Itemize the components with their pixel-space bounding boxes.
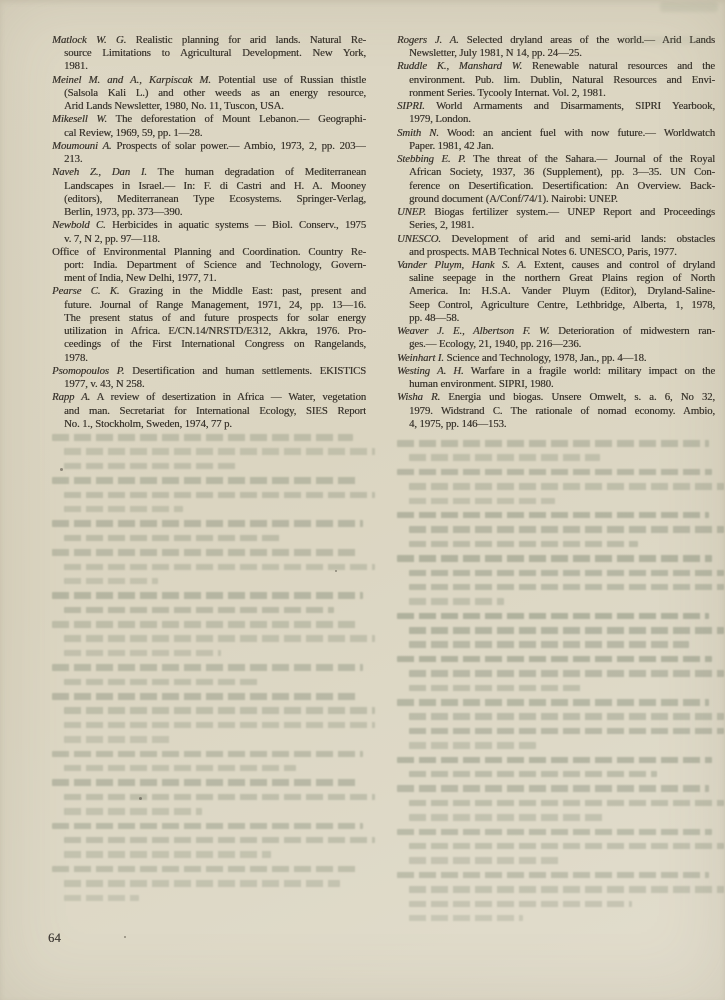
entry-author: Naveh Z., Dan I. xyxy=(52,166,147,178)
bleed-through-line xyxy=(409,598,504,605)
entry-line: SIPRI. World Armaments and Disarmaments,… xyxy=(397,100,715,113)
entry-line: Office of Environmental Planning and Coo… xyxy=(52,246,366,259)
bleed-through-line xyxy=(64,722,375,729)
bleed-through-line xyxy=(409,685,581,692)
entry-line: 1979, London. xyxy=(397,113,715,126)
entry-author: Wisha R. xyxy=(397,391,440,403)
entry-line: Wisha R. Energia und biogas. Unsere Omwe… xyxy=(397,391,715,404)
entry-line: African Society, 1937, 36 (Supplement), … xyxy=(397,166,715,179)
page-number: 64 xyxy=(48,931,61,946)
entry-author: UNEP. xyxy=(397,206,426,218)
entry-line: ceedings of the First International Cong… xyxy=(52,338,366,351)
bleed-through-line xyxy=(409,800,724,807)
entry-line: saline seepage in the northern Great Pla… xyxy=(397,272,715,285)
entry-line: Stebbing E. P. The threat of the Sahara.… xyxy=(397,153,715,166)
bleed-through-line xyxy=(397,785,709,792)
bibliography-column-left: Matlock W. G. Realistic planning for ari… xyxy=(52,34,366,431)
ink-speck xyxy=(60,468,63,471)
bleed-through-line xyxy=(397,656,712,663)
entry-line: The present status of and future prospec… xyxy=(52,312,366,325)
bibliography-entry: Office of Environmental Planning and Coo… xyxy=(52,246,366,286)
entry-author: Moumouni A. xyxy=(52,140,112,152)
bleed-through-line xyxy=(409,483,724,490)
entry-line: 1981. xyxy=(52,60,366,73)
bleed-through-text-left xyxy=(52,434,366,909)
bleed-through-line xyxy=(52,751,363,758)
bleed-through-line xyxy=(409,886,724,893)
bleed-through-line xyxy=(64,635,375,642)
bleed-through-line xyxy=(52,866,360,873)
bleed-through-line xyxy=(52,520,363,527)
entry-line: and prospects. MAB Technical Notes 6. UN… xyxy=(397,246,715,259)
bleed-through-line xyxy=(397,555,712,562)
bibliography-entry: Psomopoulos P. Desertification and human… xyxy=(52,365,366,391)
bleed-through-line xyxy=(397,613,709,620)
bleed-through-line xyxy=(64,808,202,815)
bleed-through-line xyxy=(397,699,709,706)
bleed-through-line xyxy=(409,814,606,821)
entry-author: Rapp A. xyxy=(52,391,90,403)
entry-line: 1979. Widstrand C. The rationale of noma… xyxy=(397,405,715,418)
bleed-through-line xyxy=(52,434,353,441)
bleed-through-text-right xyxy=(397,440,715,929)
scan-smudge xyxy=(660,2,718,12)
bibliography-entry: Stebbing E. P. The threat of the Sahara.… xyxy=(397,153,715,206)
entry-line: ference on Desertification. Desertificat… xyxy=(397,180,715,193)
entry-line: Weaver J. E., Albertson F. W. Deteriorat… xyxy=(397,325,715,338)
bibliography-entry: Matlock W. G. Realistic planning for ari… xyxy=(52,34,366,74)
bleed-through-line xyxy=(64,851,271,858)
bleed-through-line xyxy=(409,526,724,533)
entry-author: Matlock W. G. xyxy=(52,34,126,46)
bleed-through-line xyxy=(52,621,360,628)
bleed-through-line xyxy=(409,713,724,720)
bibliography-entry: Meinel M. and A., Karpiscak M. Potential… xyxy=(52,74,366,114)
bleed-through-line xyxy=(409,728,724,735)
entry-line: Smith N. Wood: an ancient fuel with now … xyxy=(397,127,715,140)
bleed-through-line xyxy=(409,584,724,591)
bleed-through-line xyxy=(64,564,375,571)
bleed-through-line xyxy=(64,463,240,470)
entry-author: Rogers J. A. xyxy=(397,34,459,46)
entry-line: America. In: H.S.A. Vander Pluym (Editor… xyxy=(397,285,715,298)
bibliography-entry: Weinhart I. Science and Technology, 1978… xyxy=(397,352,715,365)
bleed-through-line xyxy=(397,872,709,879)
entry-line: Matlock W. G. Realistic planning for ari… xyxy=(52,34,366,47)
bleed-through-line xyxy=(409,627,724,634)
bibliography-entry: SIPRI. World Armaments and Disarmaments,… xyxy=(397,100,715,126)
bibliography-entry: Weaver J. E., Albertson F. W. Deteriorat… xyxy=(397,325,715,351)
ink-speck xyxy=(335,570,337,572)
entry-line: human environment. SIPRI, 1980. xyxy=(397,378,715,391)
entry-author: Smith N. xyxy=(397,127,439,139)
bleed-through-line xyxy=(64,794,375,801)
entry-line: Landscapes in Israel.— In: F. di Castri … xyxy=(52,180,366,193)
entry-line: Weinhart I. Science and Technology, 1978… xyxy=(397,352,715,365)
entry-line: Vander Pluym, Hank S. A. Extent, causes … xyxy=(397,259,715,272)
bleed-through-line xyxy=(64,837,375,844)
bleed-through-line xyxy=(409,742,536,749)
bibliography-entry: Westing A. H. Warfare in a fragile world… xyxy=(397,365,715,391)
bleed-through-line xyxy=(409,915,523,922)
scan-smudge xyxy=(622,36,708,45)
entry-author: Vander Pluym, Hank S. A. xyxy=(397,259,526,271)
entry-line: 4, 1975, pp. 146—153. xyxy=(397,418,715,431)
entry-line: pp. 48—58. xyxy=(397,312,715,325)
bibliography-entry: Naveh Z., Dan I. The human degradation o… xyxy=(52,166,366,219)
bleed-through-line xyxy=(64,736,171,743)
entry-line: port: India. Department of Science and T… xyxy=(52,259,366,272)
entry-line: Moumouni A. Prospects of solar power.— A… xyxy=(52,140,366,153)
entry-line: environment. Pub. lim. Dublin, Natural R… xyxy=(397,74,715,87)
entry-line: 1977, v. 43, N 258. xyxy=(52,378,366,391)
entry-line: Berlin, 1973, pp. 373—390. xyxy=(52,206,366,219)
entry-line: and man. Secretariat for International E… xyxy=(52,405,366,418)
entry-line: utilization in Africa. E/CN.14/NRSTD/E31… xyxy=(52,325,366,338)
entry-line: Pearse C. K. Grazing in the Middle East:… xyxy=(52,285,366,298)
bleed-through-line xyxy=(409,454,600,461)
bibliography-entry: Smith N. Wood: an ancient fuel with now … xyxy=(397,127,715,153)
bibliography-entry: Rapp A. A review of desertization in Afr… xyxy=(52,391,366,431)
bleed-through-line xyxy=(52,693,360,700)
entry-line: Rapp A. A review of desertization in Afr… xyxy=(52,391,366,404)
bleed-through-line xyxy=(409,541,638,548)
entry-line: source Limitations to Agricultural Devel… xyxy=(52,47,366,60)
bleed-through-line xyxy=(64,448,375,455)
entry-author: Ruddle K., Manshard W. xyxy=(397,60,522,72)
entry-line: future. Journal of Range Management, 197… xyxy=(52,299,366,312)
bleed-through-line xyxy=(64,895,139,902)
entry-line: ment of India, New Delhi, 1977, 71. xyxy=(52,272,366,285)
entry-line: Paper. 1981, 42 Jan. xyxy=(397,140,715,153)
entry-line: 213. xyxy=(52,153,366,166)
entry-line: UNEP. Biogas fertilizer system.— UNEP Re… xyxy=(397,206,715,219)
bleed-through-line xyxy=(409,641,689,648)
entry-author: Weinhart I. xyxy=(397,352,444,364)
entry-line: (editors), Mediterranean Type Ecosystems… xyxy=(52,193,366,206)
bleed-through-line xyxy=(409,498,555,505)
entry-author: Westing A. H. xyxy=(397,365,464,377)
entry-line: Seep Control, Agriculture Centre, Lethbr… xyxy=(397,299,715,312)
bleed-through-line xyxy=(409,670,724,677)
bleed-through-line xyxy=(397,469,712,476)
bleed-through-line xyxy=(64,578,158,585)
bibliography-column-right: Rogers J. A. Selected dryland areas of t… xyxy=(397,34,715,431)
bleed-through-line xyxy=(52,664,363,671)
entry-line: ronment Series. Tycooly Internat. Vol. 2… xyxy=(397,87,715,100)
entry-line: cal Review, 1969, 59, pp. 1—28. xyxy=(52,127,366,140)
entry-line: ges.— Ecology, 21, 1940, pp. 216—236. xyxy=(397,338,715,351)
entry-line: Series, 2, 1981. xyxy=(397,219,715,232)
bleed-through-line xyxy=(64,679,259,686)
bibliography-entry: UNEP. Biogas fertilizer system.— UNEP Re… xyxy=(397,206,715,232)
entry-author: SIPRI. xyxy=(397,100,425,112)
entry-line: Meinel M. and A., Karpiscak M. Potential… xyxy=(52,74,366,87)
bleed-through-line xyxy=(397,757,712,764)
entry-line: Naveh Z., Dan I. The human degradation o… xyxy=(52,166,366,179)
bleed-through-line xyxy=(64,535,284,542)
bleed-through-line xyxy=(52,823,363,830)
bleed-through-line xyxy=(64,492,375,499)
entry-line: UNESCO. Development of arid and semi-ari… xyxy=(397,233,715,246)
entry-line: Psomopoulos P. Desertification and human… xyxy=(52,365,366,378)
bleed-through-line xyxy=(409,843,724,850)
entry-author: UNESCO. xyxy=(397,233,441,245)
bleed-through-line xyxy=(397,829,712,836)
bleed-through-line xyxy=(64,650,221,657)
entry-line: (Salsola Kali L.) and other weeds as an … xyxy=(52,87,366,100)
entry-author: Psomopoulos P. xyxy=(52,365,124,377)
entry-line: Arid Lands Newsletter, 1980, No. 11, Tus… xyxy=(52,100,366,113)
bibliography-entry: Mikesell W. The deforestation of Mount L… xyxy=(52,113,366,139)
bibliography-entry: Moumouni A. Prospects of solar power.— A… xyxy=(52,140,366,166)
entry-author: Mikesell W. xyxy=(52,113,107,125)
bleed-through-line xyxy=(409,857,562,864)
entry-line: ground document (A/Conf/74/1). Nairobi: … xyxy=(397,193,715,206)
entry-line: 1978. xyxy=(52,352,366,365)
ink-speck xyxy=(139,797,142,800)
bibliography-entry: Newbold C. Herbicides in aquatic systems… xyxy=(52,219,366,245)
bibliography-entry: Pearse C. K. Grazing in the Middle East:… xyxy=(52,285,366,364)
bleed-through-line xyxy=(409,901,632,908)
ink-speck xyxy=(124,936,126,938)
entry-line: Ruddle K., Manshard W. Renewable natural… xyxy=(397,60,715,73)
bleed-through-line xyxy=(52,477,360,484)
bleed-through-line xyxy=(52,592,363,599)
entry-line: v. 7, N 2, pp. 97—118. xyxy=(52,233,366,246)
entry-line: Newbold C. Herbicides in aquatic systems… xyxy=(52,219,366,232)
entry-author: Weaver J. E., Albertson F. W. xyxy=(397,325,549,337)
entry-author: Newbold C. xyxy=(52,219,106,231)
bleed-through-line xyxy=(64,707,375,714)
bleed-through-line xyxy=(409,570,724,577)
bibliography-entry: UNESCO. Development of arid and semi-ari… xyxy=(397,233,715,259)
entry-author: Pearse C. K. xyxy=(52,285,119,297)
bibliography-entry: Vander Pluym, Hank S. A. Extent, causes … xyxy=(397,259,715,325)
bleed-through-line xyxy=(52,779,360,786)
bleed-through-line xyxy=(52,549,360,556)
bleed-through-line xyxy=(64,765,296,772)
bleed-through-line xyxy=(64,880,340,887)
scanned-bibliography-page: Matlock W. G. Realistic planning for ari… xyxy=(0,0,725,1000)
bleed-through-line xyxy=(64,607,334,614)
bleed-through-line xyxy=(409,771,657,778)
entry-line: No. 1., Stockholm, Sweden, 1974, 77 p. xyxy=(52,418,366,431)
bibliography-entry: Ruddle K., Manshard W. Renewable natural… xyxy=(397,60,715,100)
bleed-through-line xyxy=(397,440,709,447)
entry-line: Mikesell W. The deforestation of Mount L… xyxy=(52,113,366,126)
entry-author: Meinel M. and A., Karpiscak M. xyxy=(52,74,211,86)
entry-author: Stebbing E. P. xyxy=(397,153,466,165)
bibliography-entry: Wisha R. Energia und biogas. Unsere Omwe… xyxy=(397,391,715,431)
bleed-through-line xyxy=(64,506,183,513)
entry-line: Westing A. H. Warfare in a fragile world… xyxy=(397,365,715,378)
bleed-through-line xyxy=(397,512,709,519)
entry-line: Newsletter, July 1981, N 14, pp. 24—25. xyxy=(397,47,715,60)
